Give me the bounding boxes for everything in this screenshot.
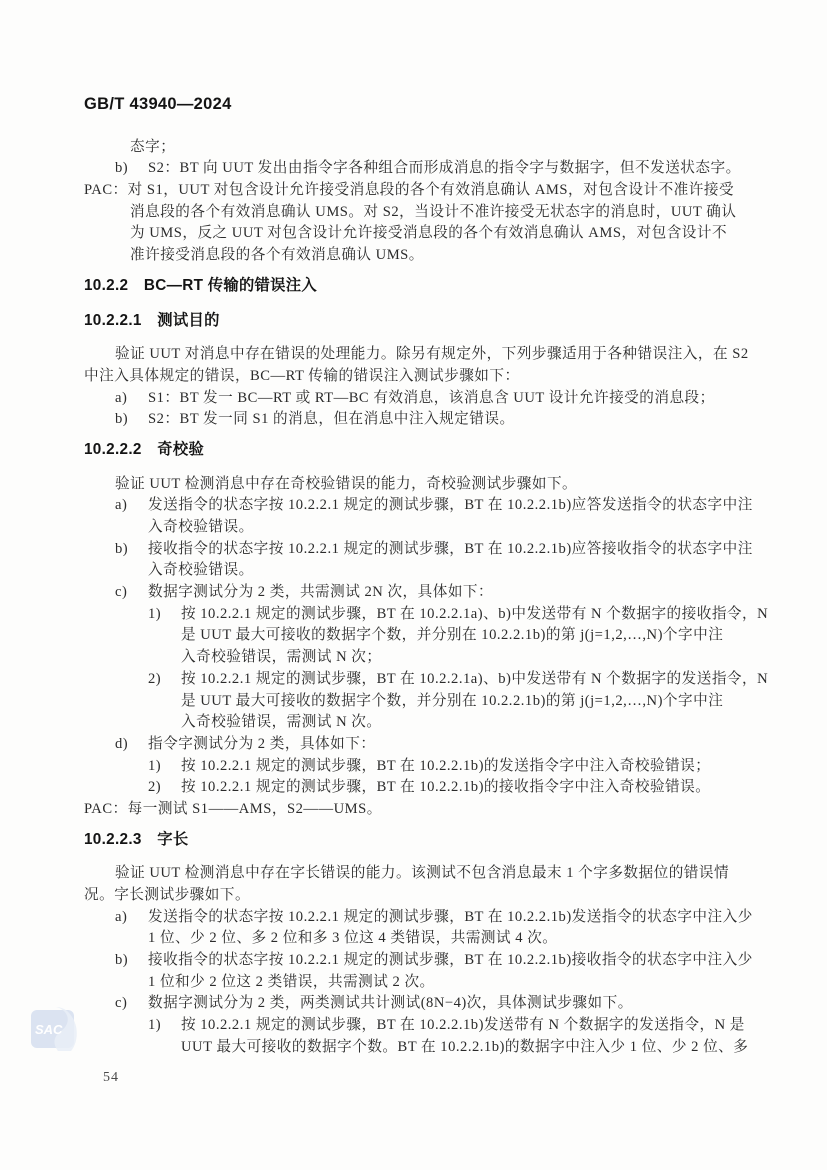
list-item-continuation: UUT 最大可接收的数据字个数。BT 在 10.2.2.1b)的数据字中注入少 … [84, 1037, 767, 1059]
pac-note-line: PAC：对 S1，UUT 对包含设计允许接受消息段的各个有效消息确认 AMS，对… [84, 180, 767, 202]
paragraph-line: 验证 UUT 对消息中存在错误的处理能力。除另有规定外，下列步骤适用于各种错误注… [84, 344, 767, 366]
page-number: 54 [103, 1070, 119, 1086]
list-item-text: 按 10.2.2.1 规定的测试步骤，BT 在 10.2.2.1b)的发送指令字… [181, 758, 710, 774]
section-heading-10-2-2-1: 10.2.2.1 测试目的 [84, 310, 767, 332]
section-heading-10-2-2: 10.2.2 BC—RT 传输的错误注入 [84, 275, 767, 297]
section-heading-10-2-2-2: 10.2.2.2 奇校验 [84, 439, 767, 461]
list-item-text: 指令字测试分为 2 类，具体如下： [148, 736, 375, 752]
list-item-text: 发送指令的状态字按 10.2.2.1 规定的测试步骤，BT 在 10.2.2.1… [148, 497, 753, 513]
list-item-text: 数据字测试分为 2 类，两类测试共计测试(8N−4)次，具体测试步骤如下。 [148, 995, 633, 1011]
list-item-continuation: 入奇校验错误。 [84, 517, 767, 539]
carryover-line: 态字； [84, 137, 767, 159]
list-item-a: a)S1：BT 发一 BC—RT 或 RT—BC 有效消息，该消息含 UUT 设… [84, 388, 767, 410]
list-item-label: c) [115, 582, 148, 604]
list-item-text: 按 10.2.2.1 规定的测试步骤，BT 在 10.2.2.1b)的接收指令字… [181, 779, 710, 795]
pac-note-line: 准许接受消息段的各个有效消息确认 UMS。 [84, 245, 767, 267]
list-item-b: b)接收指令的状态字按 10.2.2.1 规定的测试步骤，BT 在 10.2.2… [84, 539, 767, 561]
list-item-text: S1：BT 发一 BC—RT 或 RT—BC 有效消息，该消息含 UUT 设计允… [148, 390, 715, 406]
list-item-a: a)发送指令的状态字按 10.2.2.1 规定的测试步骤，BT 在 10.2.2… [84, 907, 767, 929]
list-item-text: 发送指令的状态字按 10.2.2.1 规定的测试步骤，BT 在 10.2.2.1… [148, 909, 753, 925]
section-heading-10-2-2-3: 10.2.2.3 字长 [84, 829, 767, 851]
pac-note-line: PAC：每一测试 S1——AMS，S2——UMS。 [84, 799, 767, 821]
list-item-continuation: 是 UUT 最大可接收的数据字个数，并分别在 10.2.2.1b)的第 j(j=… [84, 691, 767, 713]
list-item-label: a) [115, 907, 148, 929]
list-item-b: b)S2：BT 发一同 S1 的消息，但在消息中注入规定错误。 [84, 409, 767, 431]
list-item-text: 按 10.2.2.1 规定的测试步骤，BT 在 10.2.2.1a)、b)中发送… [181, 671, 768, 687]
sub-list-item-1: 1)按 10.2.2.1 规定的测试步骤，BT 在 10.2.2.1b)发送带有… [84, 1015, 767, 1037]
list-item-d: d)指令字测试分为 2 类，具体如下： [84, 734, 767, 756]
list-item-label: a) [115, 388, 148, 410]
list-item-text: 按 10.2.2.1 规定的测试步骤，BT 在 10.2.2.1b)发送带有 N… [181, 1017, 745, 1033]
list-item-label: a) [115, 495, 148, 517]
list-item-label: d) [115, 734, 148, 756]
paragraph-line: 验证 UUT 检测消息中存在奇校验错误的能力，奇校验测试步骤如下。 [84, 474, 767, 496]
list-item-label: 2) [148, 777, 181, 799]
pac-note-line: 消息段的各个有效消息确认 UMS。对 S2，当设计不准许接受无状态字的消息时，U… [84, 202, 767, 224]
sub-list-item-1: 1)按 10.2.2.1 规定的测试步骤，BT 在 10.2.2.1b)的发送指… [84, 756, 767, 778]
list-item-label: c) [115, 993, 148, 1015]
sac-logo-icon: SAC [29, 1005, 79, 1053]
document-page: GB/T 43940—2024 态字； b)S2：BT 向 UUT 发出由指令字… [0, 0, 827, 1170]
standard-number-header: GB/T 43940—2024 [84, 94, 767, 116]
sub-list-item-2: 2)按 10.2.2.1 规定的测试步骤，BT 在 10.2.2.1b)的接收指… [84, 777, 767, 799]
paragraph-line: 况。字长测试步骤如下。 [84, 885, 767, 907]
list-item-continuation: 入奇校验错误，需测试 N 次； [84, 647, 767, 669]
list-item-label: b) [115, 539, 148, 561]
list-item-label: 1) [148, 756, 181, 778]
watermark-text: SAC [35, 1022, 63, 1037]
list-item-text: 数据字测试分为 2 类，共需测试 2N 次，具体如下： [148, 584, 493, 600]
list-item-label: 1) [148, 1015, 181, 1037]
list-item-continuation: 1 位和少 2 位这 2 类错误，共需测试 2 次。 [84, 972, 767, 994]
sub-list-item-1: 1)按 10.2.2.1 规定的测试步骤，BT 在 10.2.2.1a)、b)中… [84, 604, 767, 626]
list-item-text: S2：BT 向 UUT 发出由指令字各种组合而形成消息的指令字与数据字，但不发送… [148, 160, 741, 176]
list-item-text: S2：BT 发一同 S1 的消息，但在消息中注入规定错误。 [148, 411, 515, 427]
list-item-text: 接收指令的状态字按 10.2.2.1 规定的测试步骤，BT 在 10.2.2.1… [148, 541, 753, 557]
list-item-text: 接收指令的状态字按 10.2.2.1 规定的测试步骤，BT 在 10.2.2.1… [148, 952, 753, 968]
page-content: GB/T 43940—2024 态字； b)S2：BT 向 UUT 发出由指令字… [0, 0, 827, 1059]
list-item-c: c)数据字测试分为 2 类，共需测试 2N 次，具体如下： [84, 582, 767, 604]
list-item-continuation: 入奇校验错误，需测试 N 次。 [84, 712, 767, 734]
list-item-label: 2) [148, 669, 181, 691]
paragraph-line: 中注入具体规定的错误，BC—RT 传输的错误注入测试步骤如下： [84, 366, 767, 388]
list-item-label: b) [115, 158, 148, 180]
sac-watermark-logo: SAC [29, 1005, 79, 1053]
list-item-label: b) [115, 950, 148, 972]
list-item-c: c)数据字测试分为 2 类，两类测试共计测试(8N−4)次，具体测试步骤如下。 [84, 993, 767, 1015]
list-item-continuation: 1 位、少 2 位、多 2 位和多 3 位这 4 类错误，共需测试 4 次。 [84, 928, 767, 950]
pac-note-line: 为 UMS，反之 UUT 对包含设计允许接受消息段的各个有效消息确认 AMS，对… [84, 223, 767, 245]
list-item-label: 1) [148, 604, 181, 626]
list-item-label: b) [115, 409, 148, 431]
list-item-continuation: 是 UUT 最大可接收的数据字个数，并分别在 10.2.2.1b)的第 j(j=… [84, 625, 767, 647]
list-item-a: a)发送指令的状态字按 10.2.2.1 规定的测试步骤，BT 在 10.2.2… [84, 495, 767, 517]
list-item-b: b)接收指令的状态字按 10.2.2.1 规定的测试步骤，BT 在 10.2.2… [84, 950, 767, 972]
list-item-continuation: 入奇校验错误。 [84, 560, 767, 582]
sub-list-item-2: 2)按 10.2.2.1 规定的测试步骤，BT 在 10.2.2.1a)、b)中… [84, 669, 767, 691]
list-item-b-prev: b)S2：BT 向 UUT 发出由指令字各种组合而形成消息的指令字与数据字，但不… [84, 158, 767, 180]
list-item-text: 按 10.2.2.1 规定的测试步骤，BT 在 10.2.2.1a)、b)中发送… [181, 606, 768, 622]
paragraph-line: 验证 UUT 检测消息中存在字长错误的能力。该测试不包含消息最末 1 个字多数据… [84, 863, 767, 885]
